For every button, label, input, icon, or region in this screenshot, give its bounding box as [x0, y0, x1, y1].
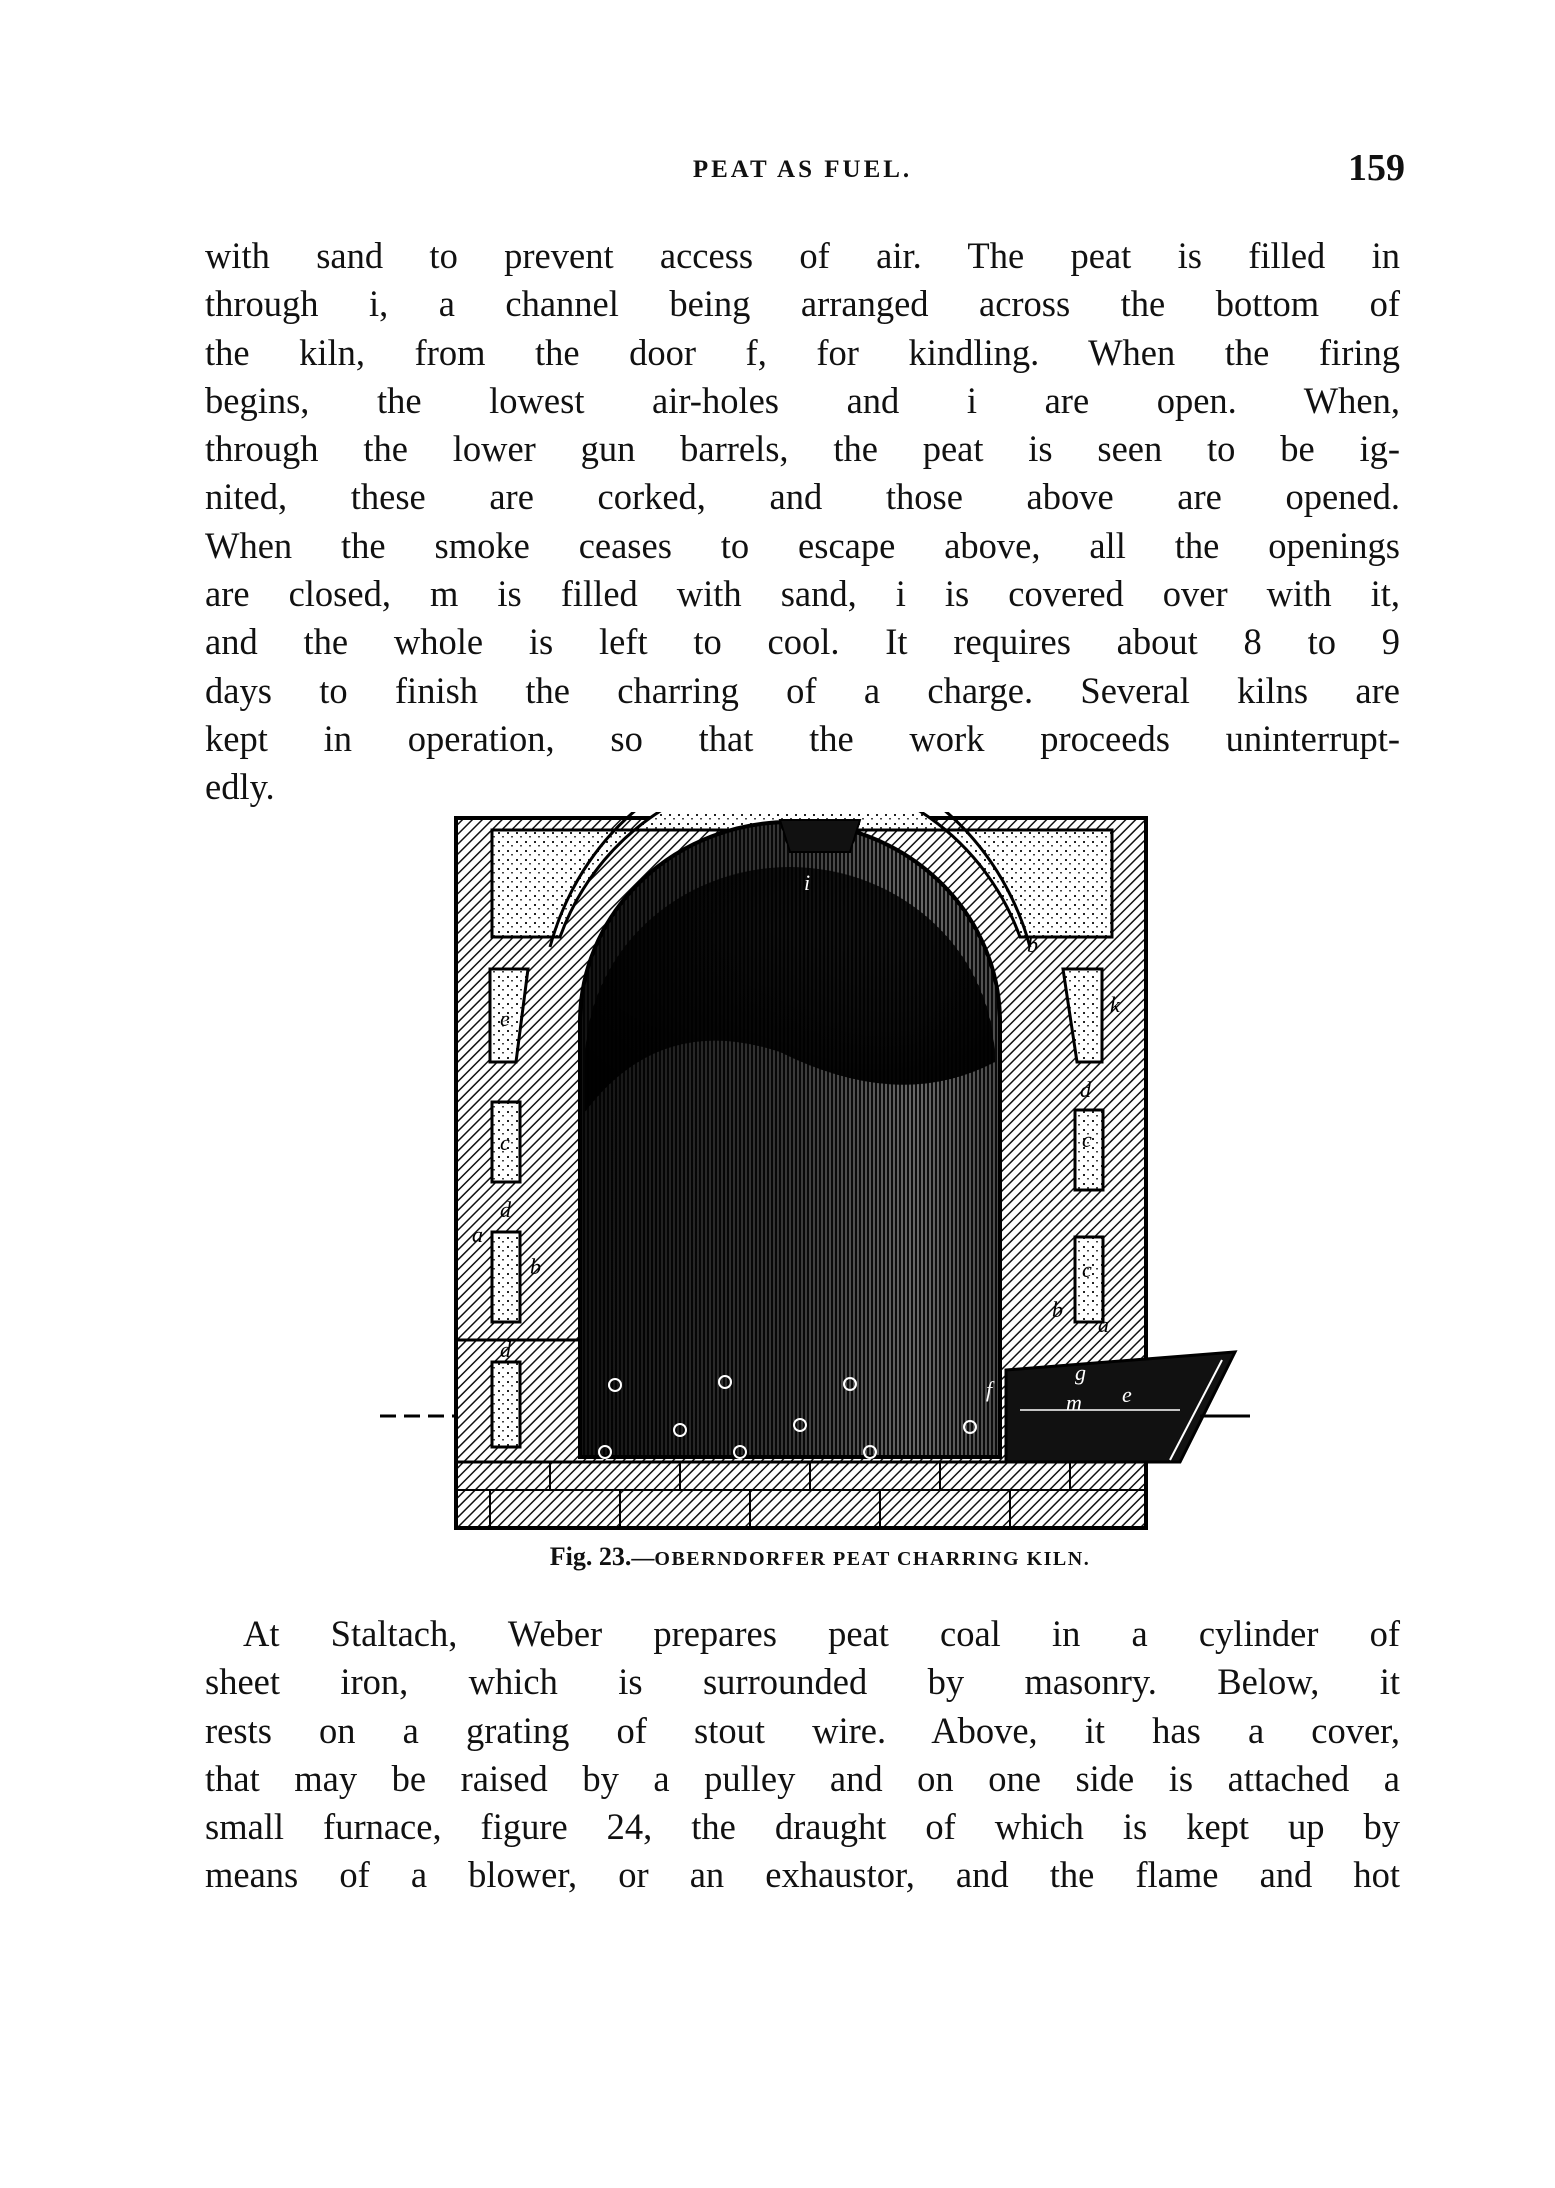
text-line: and the whole is left to cool. It requir… — [205, 618, 1400, 666]
text-line: through i, a channel being arranged acro… — [205, 280, 1400, 328]
label-c-right-lower: c — [1082, 1257, 1092, 1282]
text-line: edly. — [205, 763, 1400, 811]
paragraph-staltach-method: At Staltach, Weber prepares peat coal in… — [205, 1610, 1400, 1900]
label-c-right: c — [1082, 1127, 1092, 1152]
text-line: At Staltach, Weber prepares peat coal in… — [205, 1610, 1400, 1658]
label-g: g — [1075, 1360, 1086, 1385]
text-line: that may be raised by a pulley and on on… — [205, 1755, 1400, 1803]
page-number: 159 — [1348, 146, 1405, 190]
label-b-right: b — [1052, 1297, 1063, 1322]
text-line: nited, these are corked, and those above… — [205, 473, 1400, 521]
text-line: the kiln, from the door f, for kindling.… — [205, 329, 1400, 377]
kiln-illustration: i b e k c c d d a b c b a d g m e f — [380, 812, 1260, 1532]
text-line: are closed, m is filled with sand, i is … — [205, 570, 1400, 618]
text-line: rests on a grating of stout wire. Above,… — [205, 1707, 1400, 1755]
text-line: through the lower gun barrels, the peat … — [205, 425, 1400, 473]
label-e-left: e — [500, 1006, 510, 1031]
label-b: b — [1027, 932, 1038, 957]
running-head: PEAT AS FUEL. — [200, 156, 1405, 184]
page-header: PEAT AS FUEL. 159 — [200, 150, 1405, 200]
text-line: sheet iron, which is surrounded by mason… — [205, 1658, 1400, 1706]
label-k: k — [1110, 992, 1121, 1017]
text-line: When the smoke ceases to escape above, a… — [205, 522, 1400, 570]
label-a-right: a — [1098, 1312, 1109, 1337]
label-d-left: d — [500, 1197, 512, 1222]
figure-number: Fig. 23. — [550, 1542, 632, 1571]
text-line: begins, the lowest air-holes and i are o… — [205, 377, 1400, 425]
label-c-left: c — [500, 1130, 510, 1155]
label-b-left: b — [530, 1254, 541, 1279]
label-m: m — [1066, 1390, 1082, 1415]
label-d-right: d — [1080, 1077, 1092, 1102]
text-line: days to finish the charring of a charge.… — [205, 667, 1400, 715]
figure-title: OBERNDORFER PEAT CHARRING KILN. — [654, 1548, 1090, 1570]
label-i: i — [804, 870, 810, 895]
text-line: with sand to prevent access of air. The … — [205, 232, 1400, 280]
text-line: kept in operation, so that the work proc… — [205, 715, 1400, 763]
caption-separator: — — [631, 1545, 654, 1570]
label-d-lower: d — [500, 1337, 512, 1362]
label-e-firebox: e — [1122, 1382, 1132, 1407]
figure-caption: Fig. 23.—OBERNDORFER PEAT CHARRING KILN. — [380, 1542, 1260, 1572]
text-line: small furnace, figure 24, the draught of… — [205, 1803, 1400, 1851]
paragraph-kiln-process: with sand to prevent access of air. The … — [205, 232, 1400, 812]
kiln-cross-section-drawing: i b e k c c d d a b c b a d g m e f — [380, 812, 1260, 1532]
text-line: means of a blower, or an exhaustor, and … — [205, 1851, 1400, 1899]
label-a-left: a — [472, 1222, 483, 1247]
